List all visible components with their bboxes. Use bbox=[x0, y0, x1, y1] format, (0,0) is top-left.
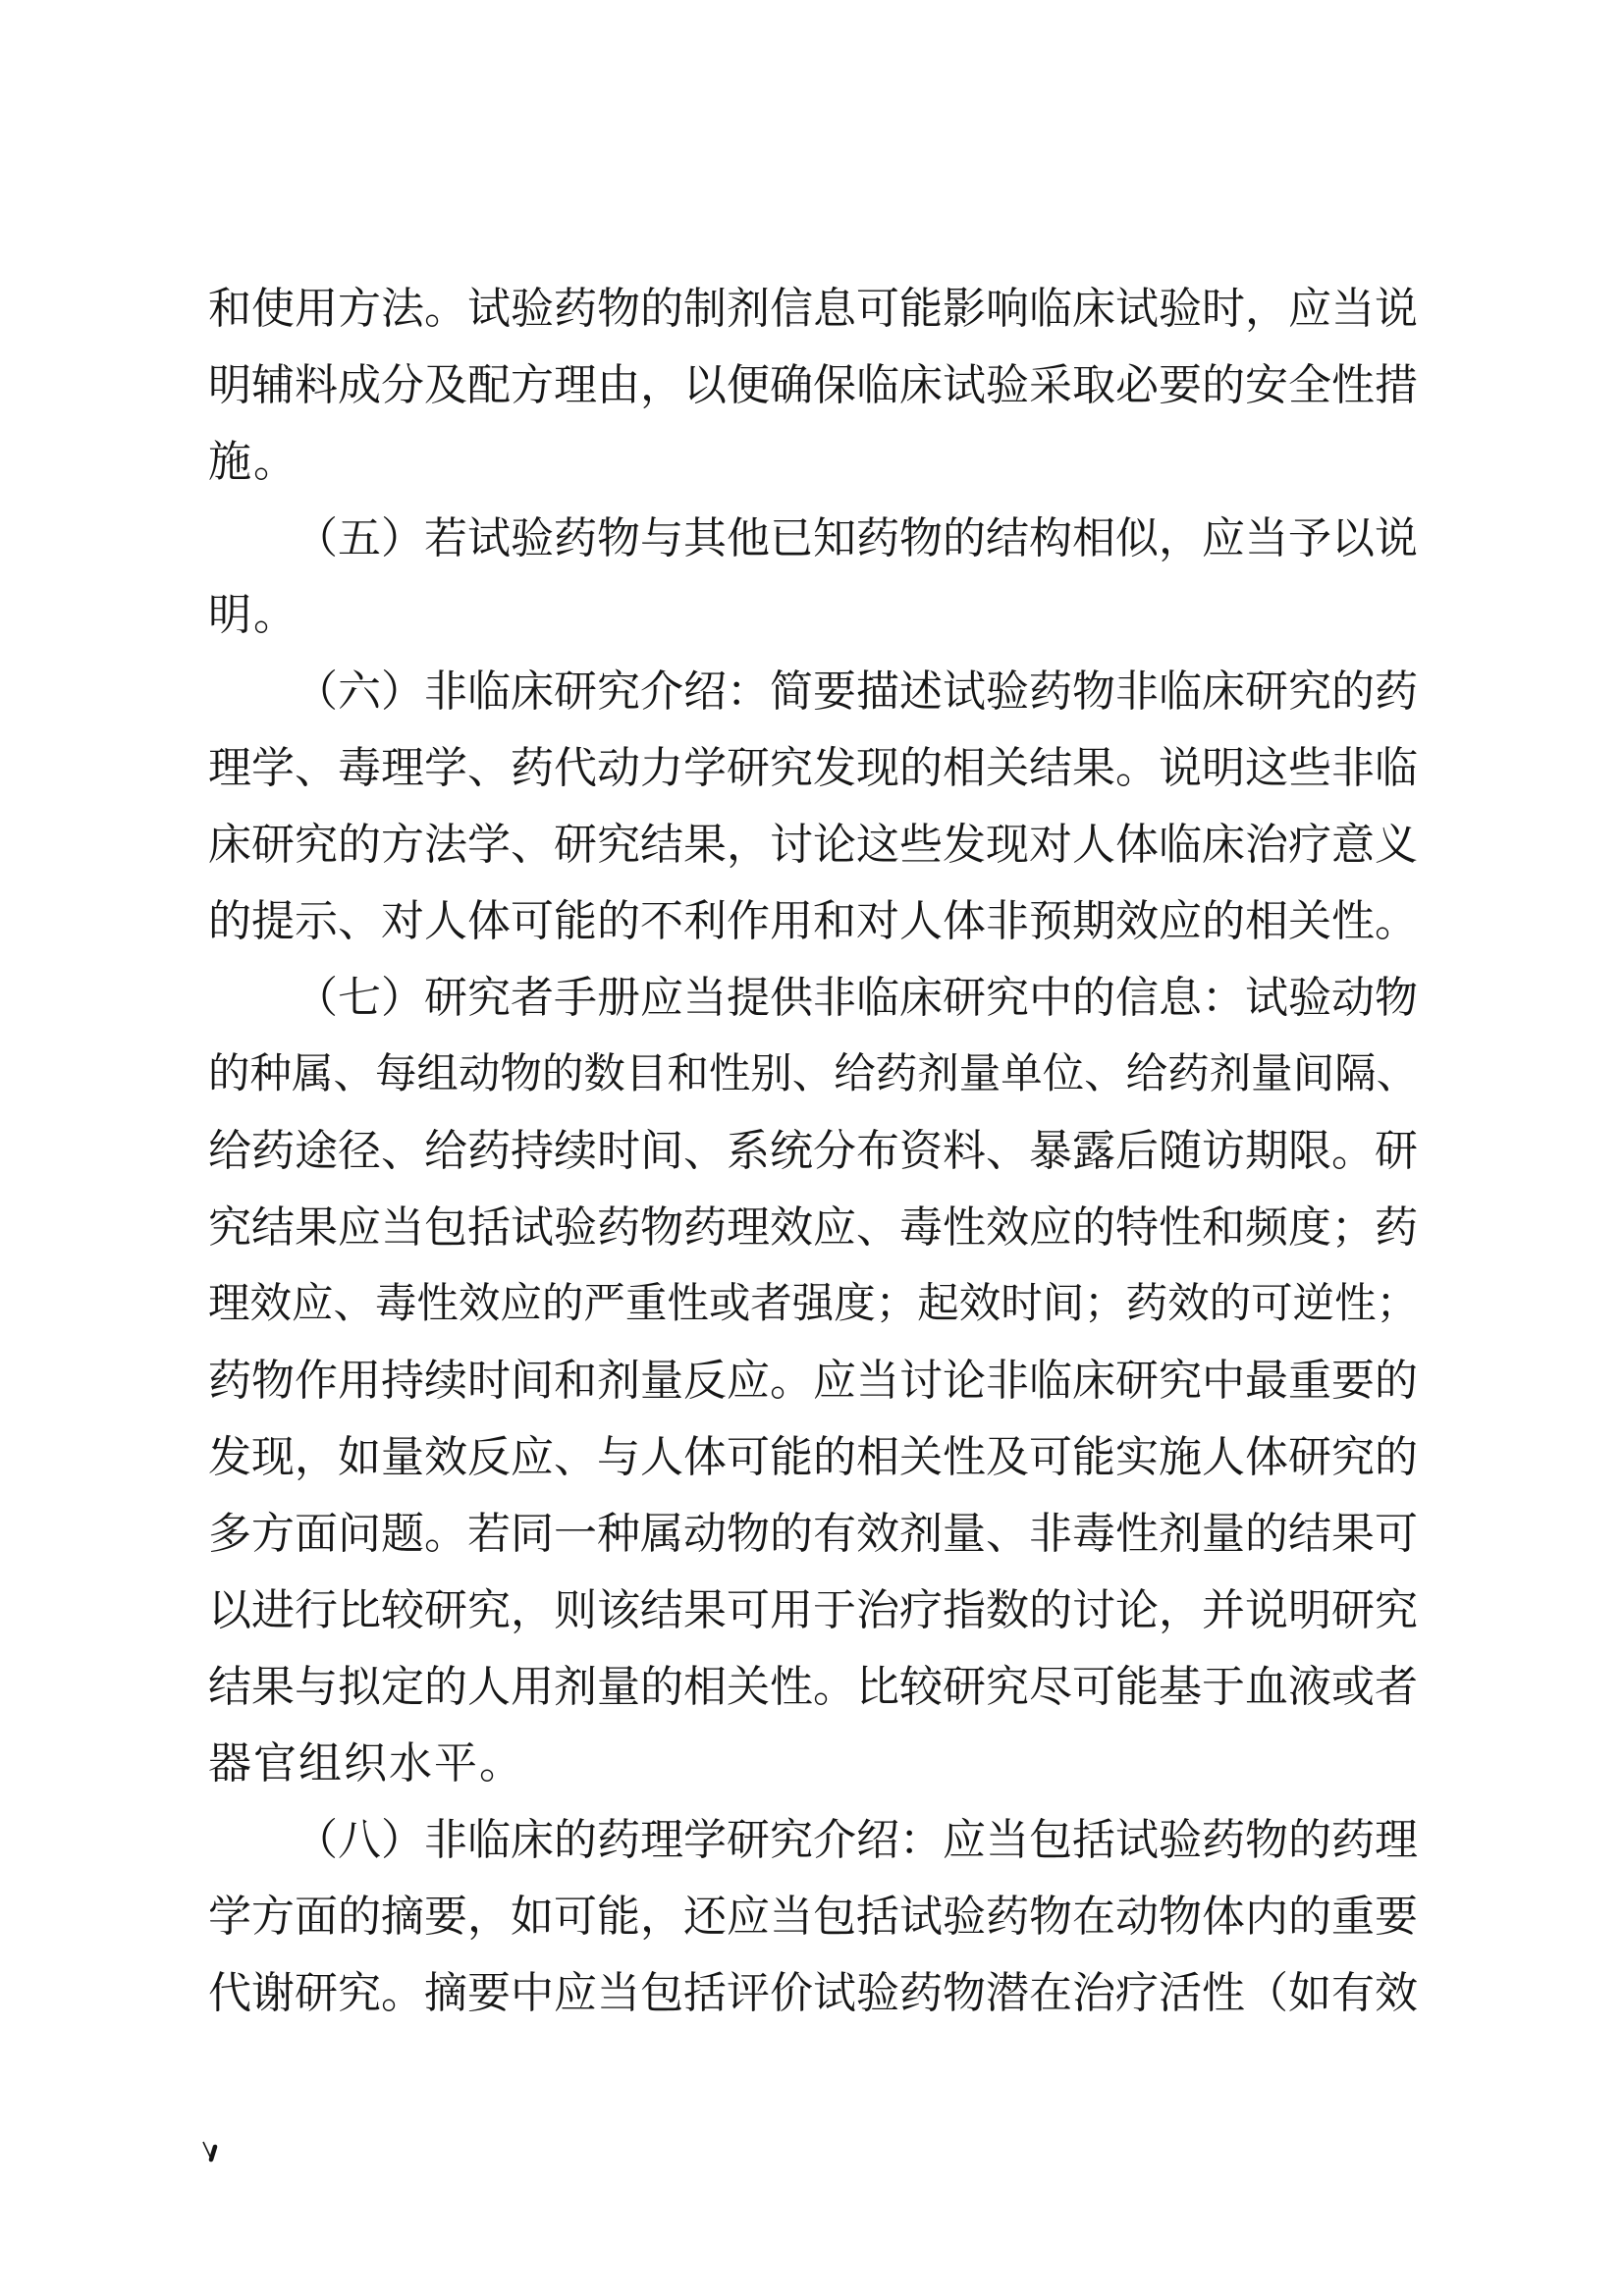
text-line: 的种属、每组动物的数目和性别、给药剂量单位、给药剂量间隔、 bbox=[208, 1037, 1418, 1113]
text-line: （七）研究者手册应当提供非临床研究中的信息：试验动物 bbox=[208, 960, 1418, 1037]
pen-tick-mark bbox=[201, 2136, 221, 2167]
text-line: 以进行比较研究，则该结果可用于治疗指数的讨论，并说明研究 bbox=[208, 1573, 1418, 1649]
text-line: （六）非临床研究介绍：简要描述试验药物非临床研究的药 bbox=[208, 654, 1418, 730]
text-line: 的提示、对人体可能的不利作用和对人体非预期效应的相关性。 bbox=[208, 883, 1418, 960]
text-line: 明辅料成分及配方理由，以便确保临床试验采取必要的安全性措 bbox=[208, 347, 1418, 424]
text-line: 明。 bbox=[208, 577, 1418, 654]
text-line: 药物作用持续时间和剂量反应。应当讨论非临床研究中最重要的 bbox=[208, 1343, 1418, 1419]
text-line: 器官组织水平。 bbox=[208, 1726, 1418, 1802]
text-line: （五）若试验药物与其他已知药物的结构相似，应当予以说 bbox=[208, 501, 1418, 577]
pen-tick-icon bbox=[201, 2136, 221, 2167]
text-line: 究结果应当包括试验药物药理效应、毒性效应的特性和频度；药 bbox=[208, 1190, 1418, 1266]
text-line: 理学、毒理学、药代动力学研究发现的相关结果。说明这些非临 bbox=[208, 730, 1418, 807]
text-line: 学方面的摘要，如可能，还应当包括试验药物在动物体内的重要 bbox=[208, 1879, 1418, 1955]
text-line: 和使用方法。试验药物的制剂信息可能影响临床试验时，应当说 bbox=[208, 271, 1418, 347]
text-line: 多方面问题。若同一种属动物的有效剂量、非毒性剂量的结果可 bbox=[208, 1496, 1418, 1573]
text-line: 发现，如量效反应、与人体可能的相关性及可能实施人体研究的 bbox=[208, 1419, 1418, 1496]
text-line: 理效应、毒性效应的严重性或者强度；起效时间；药效的可逆性； bbox=[208, 1266, 1418, 1343]
text-line: 床研究的方法学、研究结果，讨论这些发现对人体临床治疗意义 bbox=[208, 807, 1418, 883]
text-line: 结果与拟定的人用剂量的相关性。比较研究尽可能基于血液或者 bbox=[208, 1649, 1418, 1726]
text-line: 给药途径、给药持续时间、系统分布资料、暴露后随访期限。研 bbox=[208, 1113, 1418, 1190]
text-line: 代谢研究。摘要中应当包括评价试验药物潜在治疗活性（如有效 bbox=[208, 1955, 1418, 2032]
text-line: （八）非临床的药理学研究介绍：应当包括试验药物的药理 bbox=[208, 1802, 1418, 1879]
text-line: 施。 bbox=[208, 424, 1418, 501]
document-page: 和使用方法。试验药物的制剂信息可能影响临床试验时，应当说明辅料成分及配方理由，以… bbox=[0, 0, 1624, 2296]
text-block: 和使用方法。试验药物的制剂信息可能影响临床试验时，应当说明辅料成分及配方理由，以… bbox=[208, 271, 1418, 2032]
